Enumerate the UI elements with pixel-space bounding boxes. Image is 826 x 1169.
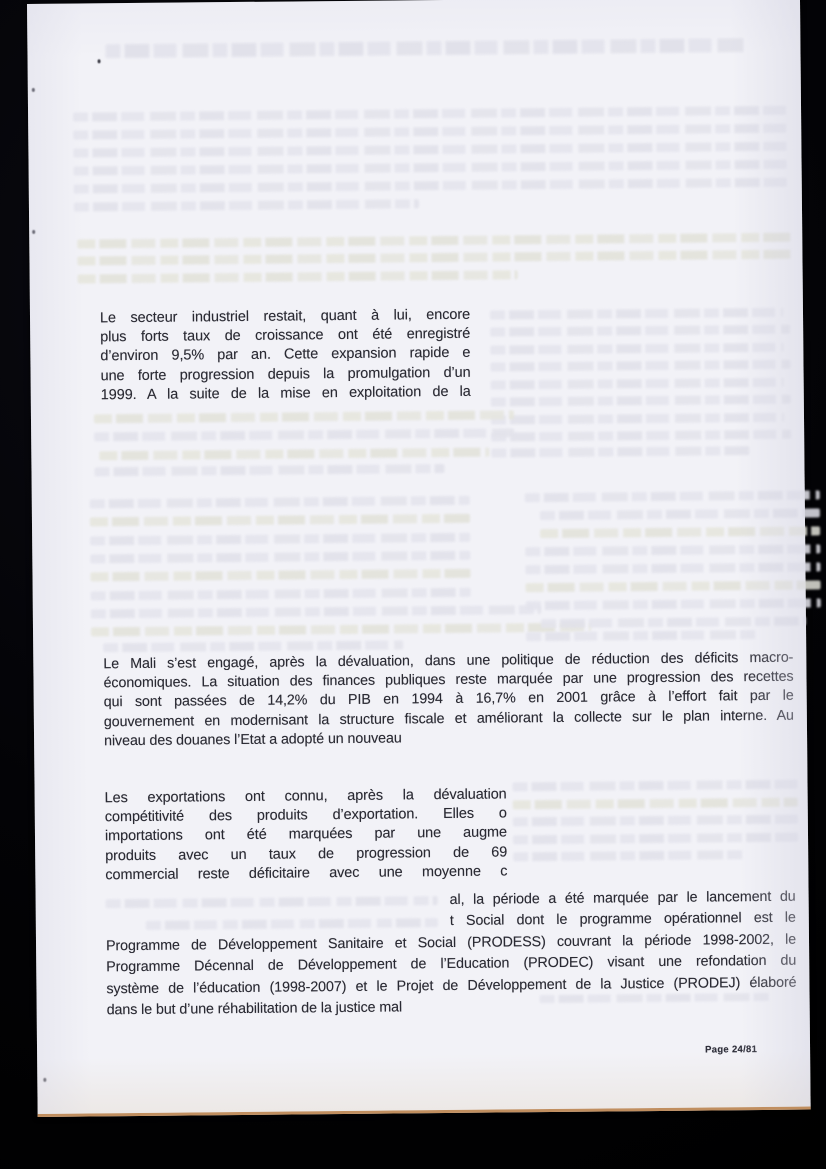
faded-text-line [513, 798, 798, 810]
faded-text-line [540, 526, 820, 538]
faded-text-line [526, 580, 821, 592]
scan-artifact [32, 88, 35, 92]
faded-text-line [525, 490, 820, 502]
faded-text-line [491, 430, 791, 442]
faded-text-line [513, 815, 798, 827]
faded-text-line [74, 199, 419, 211]
faded-text-line [491, 413, 784, 425]
faded-text-line [90, 551, 470, 564]
scan-artifact [43, 1078, 46, 1082]
text-line: commercial reste déficitaire avec une mo… [105, 862, 507, 885]
faded-text-line [525, 544, 820, 556]
faded-text-line [74, 160, 792, 176]
faded-text-line [94, 428, 514, 441]
paragraph-industrial-sector: Le secteur industriel restait, quant à l… [100, 306, 471, 405]
faded-text-line [91, 588, 471, 601]
scan-background: { "colors":{ "paper":"#f2f2f7", "ink":"#… [0, 0, 826, 1169]
faded-text-line [90, 514, 470, 527]
document-page: Le secteur industriel restait, quant à l… [27, 0, 811, 1117]
scan-artifact [32, 230, 35, 234]
faded-text-layer [27, 0, 800, 4]
faded-text-line [73, 124, 791, 140]
faded-text-line [103, 640, 403, 652]
paragraph-development-programs: al, la période a été marquée par le lanc… [106, 887, 797, 1022]
faded-text-line [90, 569, 470, 582]
faded-text-line [512, 780, 797, 792]
faded-text-line [491, 378, 784, 390]
paragraph-exports-imports: Les exportations ont connu, après la dév… [105, 785, 508, 885]
faded-text-line [490, 325, 790, 337]
page-number: Page 24/81 [705, 1044, 757, 1055]
paragraph-fiscal-policy: Le Mali s’est engagé, après la dévaluati… [103, 649, 794, 752]
faded-text-line [490, 308, 783, 320]
faded-text-line [525, 562, 820, 574]
faded-text-line [94, 410, 514, 423]
faded-text-line [540, 508, 820, 520]
faded-text-line [73, 106, 791, 122]
faded-text-line [90, 533, 470, 546]
text-line: 1999. A la suite de la mise en exploitat… [101, 383, 471, 406]
faded-text-line [105, 38, 745, 58]
faded-text-line [99, 448, 489, 461]
scan-artifact [98, 59, 101, 63]
faded-text-line [491, 395, 791, 407]
faded-text-line [91, 623, 591, 637]
faded-text-line [73, 142, 791, 158]
text-fragment: t Social dont le programme opérationnel … [450, 908, 796, 933]
faded-text-line [541, 617, 806, 629]
faded-text-line [490, 360, 790, 372]
faded-text-line [78, 270, 518, 283]
faded-text-line [106, 896, 438, 908]
faded-text-line [526, 630, 756, 641]
faded-text-line [491, 446, 749, 457]
faded-text-line [77, 233, 791, 249]
faded-text-line [526, 598, 821, 610]
faded-text-line [513, 850, 743, 861]
faded-text-line [94, 464, 444, 476]
faded-text-line [146, 918, 438, 930]
faded-text-line [74, 178, 792, 194]
faded-text-line [513, 833, 798, 845]
faded-text-line [77, 250, 791, 266]
faded-text-line [490, 343, 783, 355]
faded-text-line [90, 496, 470, 509]
faded-text-line [91, 605, 541, 618]
